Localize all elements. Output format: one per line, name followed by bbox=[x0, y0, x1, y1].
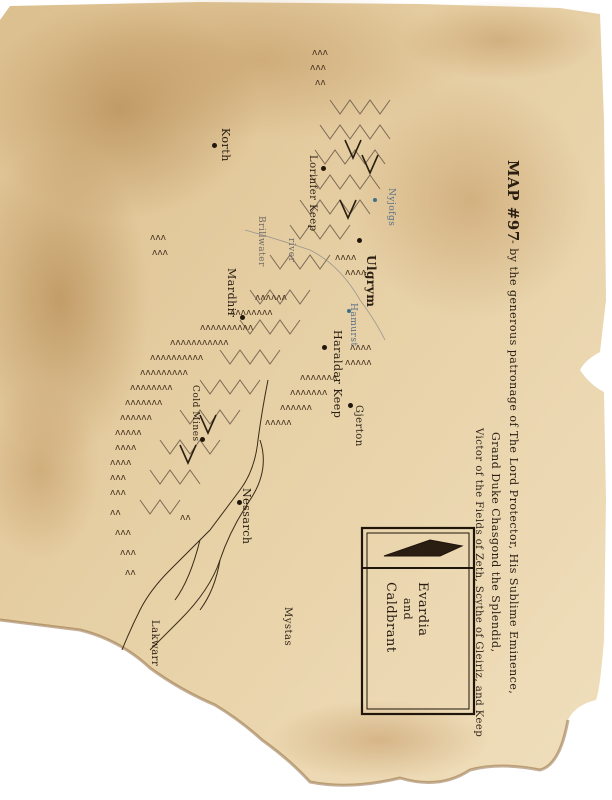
parchment-map-art: ʌʌʌʌʌʌʌʌ ʌʌʌʌʌʌ ʌʌʌʌʌʌʌʌʌʌʌʌʌʌ ʌʌʌʌʌʌʌʌʌ… bbox=[0, 0, 612, 800]
place-marker-ulgrym bbox=[357, 238, 362, 243]
svg-text:ʌʌʌ: ʌʌʌ bbox=[150, 233, 167, 243]
place-label-mystas: Mystas bbox=[282, 607, 293, 646]
annotation-brillwater: Brillwater bbox=[256, 216, 266, 267]
place-marker-lorinfer-keep bbox=[321, 166, 326, 171]
svg-text:ʌʌʌʌʌʌʌʌʌʌ: ʌʌʌʌʌʌʌʌʌʌ bbox=[150, 353, 204, 363]
svg-text:ʌʌ: ʌʌ bbox=[180, 513, 191, 523]
svg-text:ʌʌʌʌʌʌʌ: ʌʌʌʌʌʌʌ bbox=[125, 398, 163, 408]
svg-text:ʌʌʌ: ʌʌʌ bbox=[120, 548, 137, 558]
svg-text:ʌʌʌʌʌʌʌ: ʌʌʌʌʌʌʌ bbox=[290, 388, 328, 398]
place-label-nessarch: Nessarch bbox=[240, 488, 253, 545]
svg-text:ʌʌʌʌʌ: ʌʌʌʌʌ bbox=[345, 358, 372, 368]
annotation-hamurst: Hamurst bbox=[348, 303, 358, 347]
svg-text:ʌʌʌʌʌʌ: ʌʌʌʌʌʌ bbox=[280, 403, 313, 413]
place-label-ulgrym: Ulgrym bbox=[364, 255, 378, 307]
cartouche-line-1: Evardia bbox=[415, 582, 430, 637]
place-marker-cold-mines bbox=[200, 437, 205, 442]
svg-text:ʌʌʌʌʌ: ʌʌʌʌʌ bbox=[115, 428, 142, 438]
dedication-line-2: Grand Duke Chasgond the Splendid, bbox=[489, 432, 502, 653]
svg-text:ʌʌʌ: ʌʌʌ bbox=[312, 48, 329, 58]
svg-text:ʌʌʌʌʌʌʌʌʌ: ʌʌʌʌʌʌʌʌʌ bbox=[140, 368, 189, 378]
place-label-korth: Korth bbox=[219, 128, 232, 162]
map-title: MAP #97 bbox=[504, 160, 522, 242]
svg-text:ʌʌʌ: ʌʌʌ bbox=[152, 248, 169, 258]
annotation-river: river bbox=[286, 238, 296, 262]
svg-text:ʌʌʌʌʌʌʌʌʌʌʌ: ʌʌʌʌʌʌʌʌʌʌʌ bbox=[170, 338, 229, 348]
dedication-line-1: - by the generous patronage of The Lord … bbox=[507, 240, 520, 694]
svg-text:ʌʌʌʌʌʌ: ʌʌʌʌʌʌ bbox=[255, 293, 288, 303]
svg-text:ʌʌʌʌ: ʌʌʌʌ bbox=[115, 443, 137, 453]
place-marker-korth bbox=[212, 143, 217, 148]
place-label-mardhir: Mardhir bbox=[225, 268, 238, 317]
place-label-gjerton: Gjerton bbox=[353, 405, 364, 447]
svg-text:ʌʌʌʌʌ: ʌʌʌʌʌ bbox=[265, 418, 292, 428]
svg-text:ʌʌʌ: ʌʌʌ bbox=[110, 473, 127, 483]
svg-text:ʌʌʌʌʌʌʌʌ: ʌʌʌʌʌʌʌʌ bbox=[130, 383, 173, 393]
svg-text:ʌʌʌ: ʌʌʌ bbox=[115, 528, 132, 538]
place-marker-mardhir bbox=[240, 315, 245, 320]
dedication-line-3: Victor of the Fields of Zeth, Scythe of … bbox=[473, 428, 484, 737]
svg-text:ʌʌʌ: ʌʌʌ bbox=[110, 488, 127, 498]
place-label-haraldar-keep: Haraldar Keep bbox=[331, 330, 344, 418]
place-label-lorinfer-keep: Lorinfer Keep bbox=[307, 155, 318, 232]
place-marker-haraldar-keep bbox=[322, 345, 327, 350]
cartouche-line-3: Caldbrant bbox=[383, 582, 398, 653]
map-sheet: ʌʌʌʌʌʌʌʌ ʌʌʌʌʌʌ ʌʌʌʌʌʌʌʌʌʌʌʌʌʌ ʌʌʌʌʌʌʌʌʌ… bbox=[0, 0, 612, 800]
svg-text:ʌʌʌ: ʌʌʌ bbox=[310, 63, 327, 73]
svg-text:ʌʌʌʌʌʌʌʌʌʌ: ʌʌʌʌʌʌʌʌʌʌ bbox=[200, 323, 254, 333]
cartouche-line-2: and bbox=[401, 598, 414, 620]
place-marker-nyjofgs bbox=[373, 198, 377, 202]
svg-text:ʌʌʌʌ: ʌʌʌʌ bbox=[110, 458, 132, 468]
place-label-cold-mines: Cold Mines bbox=[190, 385, 200, 442]
annotation-nyjofgs: Nyjofgs bbox=[386, 188, 396, 226]
svg-text:ʌʌʌʌʌʌ: ʌʌʌʌʌʌ bbox=[120, 413, 153, 423]
svg-text:ʌʌ: ʌʌ bbox=[110, 508, 121, 518]
svg-text:ʌʌ: ʌʌ bbox=[125, 568, 136, 578]
svg-text:ʌʌʌʌ: ʌʌʌʌ bbox=[335, 253, 357, 263]
place-label-lakwarr: Lakwarr bbox=[149, 620, 160, 666]
svg-text:ʌʌ: ʌʌ bbox=[315, 78, 326, 88]
